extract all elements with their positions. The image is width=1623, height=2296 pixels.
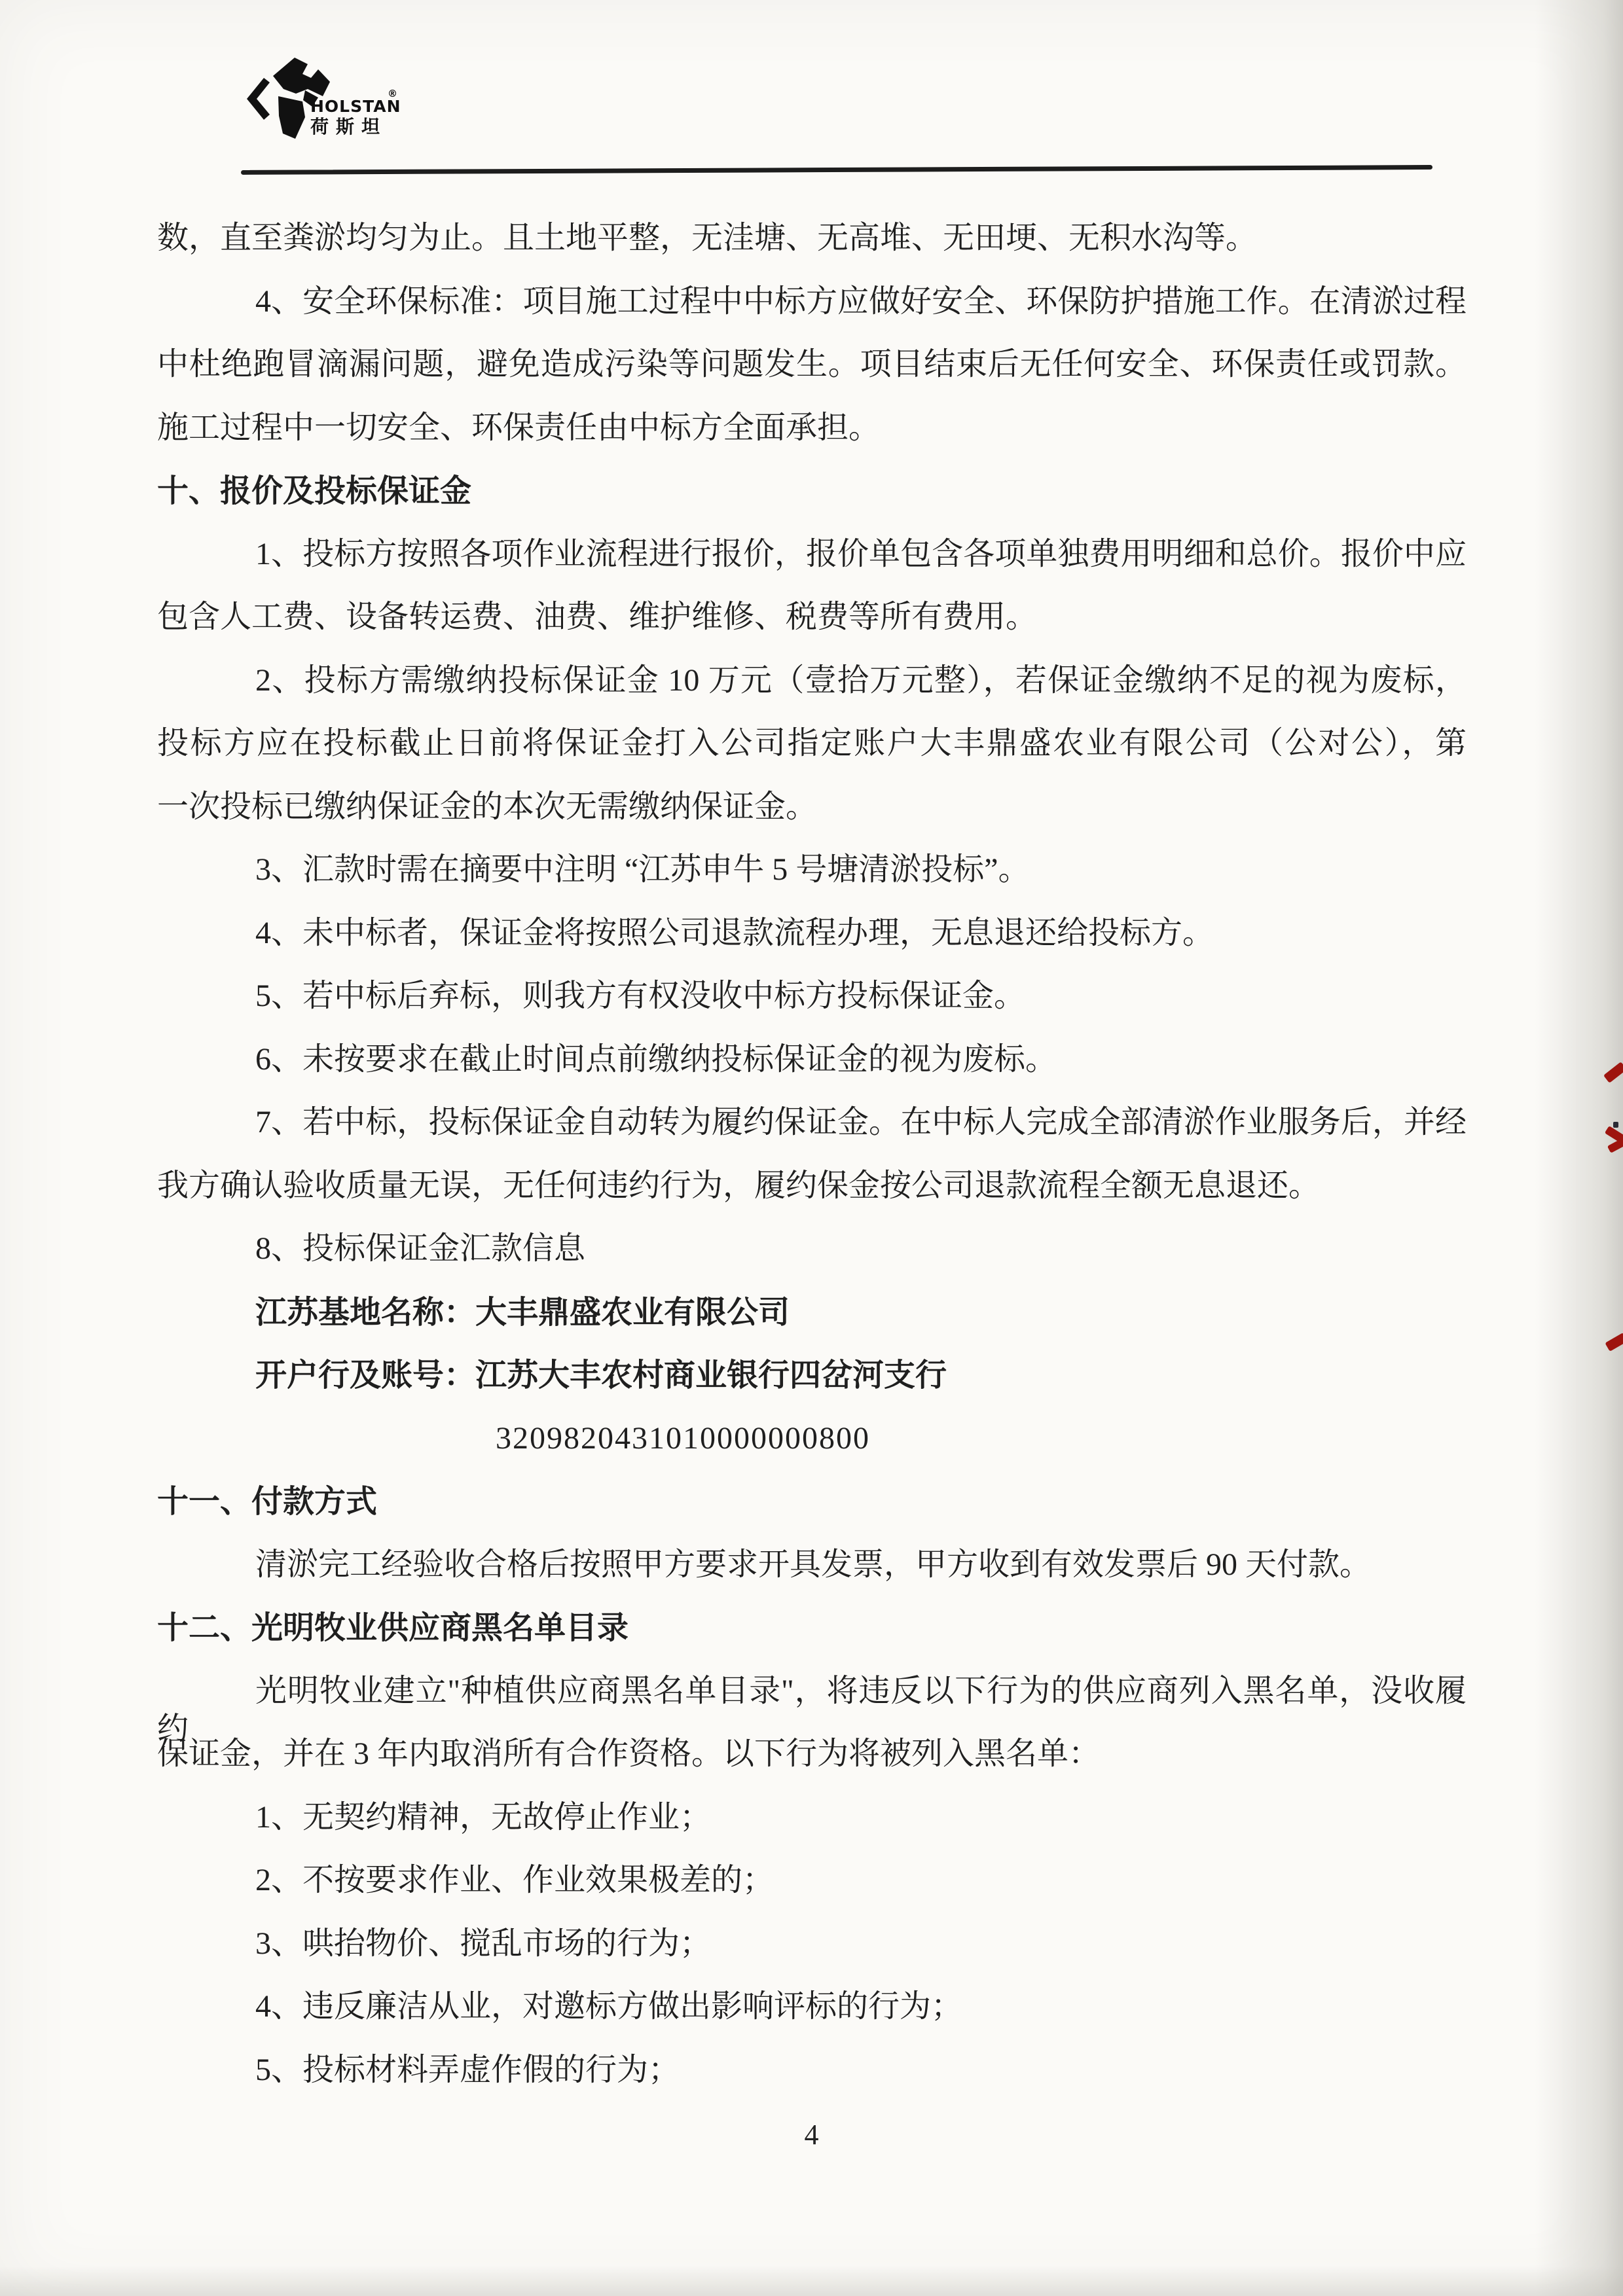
text-line: 中杜绝跑冒滴漏问题，避免造成污染等问题发生。项目结束后无任何安全、环保责任或罚款… [157, 346, 1467, 384]
red-pen-mark [1605, 1333, 1623, 1352]
list-item: 4、违反廉洁从业，对邀标方做出影响评标的行为； [255, 1988, 962, 2026]
list-item: 5、投标材料弄虚作假的行为； [255, 2051, 680, 2089]
brand-logo: HOLSTAN ® 荷斯坦 [244, 52, 454, 151]
bank-base-name: 江苏基地名称：大丰鼎盛农业有限公司 [255, 1293, 790, 1331]
header-rule [241, 165, 1432, 175]
list-item: 2、不按要求作业、作业效果极差的； [255, 1861, 774, 1899]
text-line: 包含人工费、设备转运费、油费、维护维修、税费等所有费用。 [157, 598, 1037, 636]
red-pen-mark [1603, 1062, 1623, 1083]
section-heading: 十一、付款方式 [157, 1482, 377, 1520]
text-line: 1、投标方按照各项作业流程进行报价，报价单包含各项单独费用明细和总价。报价中应 [157, 535, 1467, 573]
text-line: 施工过程中一切安全、环保责任由中标方全面承担。 [157, 409, 880, 447]
text-line: 5、若中标后弃标，则我方有权没收中标方投标保证金。 [255, 977, 1025, 1015]
text-line: 一次投标已缴纳保证金的本次无需缴纳保证金。 [157, 788, 817, 826]
text-line: 数，直至粪淤均匀为止。且土地平整，无洼塘、无高堆、无田埂、无积水沟等。 [157, 219, 1257, 257]
text-line: 8、投标保证金汇款信息 [255, 1230, 585, 1268]
section-heading: 十二、光明牧业供应商黑名单目录 [157, 1609, 629, 1647]
text-line: 2、投标方需缴纳投标保证金 10 万元（壹拾万元整），若保证金缴纳不足的视为废标… [157, 662, 1467, 700]
page-number: 4 [0, 2118, 1623, 2151]
text-line: 6、未按要求在截止时间点前缴纳投标保证金的视为废标。 [255, 1041, 1057, 1079]
text-line: 7、若中标，投标保证金自动转为履约保证金。在中标人完成全部清淤作业服务后，并经 [157, 1103, 1467, 1141]
text-line: 我方确认验收质量无误，无任何违约行为，履约保金按公司退款流程全额无息退还。 [157, 1167, 1320, 1205]
list-item: 3、哄抬物价、搅乱市场的行为； [255, 1925, 711, 1963]
text-line: 4、未中标者，保证金将按照公司退款流程办理，无息退还给投标方。 [255, 914, 1214, 952]
brand-name-cn: 荷斯坦 [310, 113, 387, 139]
text-line: 投标方应在投标截止日前将保证金打入公司指定账户大丰鼎盛农业有限公司（公对公），第 [157, 725, 1467, 762]
bank-branch: 开户行及账号：江苏大丰农村商业银行四岔河支行 [255, 1356, 947, 1394]
ink-speck [1613, 1122, 1618, 1128]
section-heading: 十、报价及投标保证金 [157, 472, 471, 510]
scan-shade-bottom [0, 2266, 1623, 2296]
document-page: HOLSTAN ® 荷斯坦 数，直至粪淤均匀为止。且土地平整，无洼塘、无高堆、无… [0, 0, 1623, 2296]
text-line: 4、安全环保标准：项目施工过程中中标方应做好安全、环保防护措施工作。在清淤过程 [157, 283, 1467, 321]
registered-mark-icon: ® [388, 88, 397, 99]
list-item: 1、无契约精神，无故停止作业； [255, 1799, 711, 1837]
text-line: 3、汇款时需在摘要中注明 “江苏申牛 5 号塘清淤投标”。 [255, 851, 1030, 889]
account-number: 3209820431010000000800 [496, 1420, 870, 1458]
text-line: 保证金，并在 3 年内取消所有合作资格。以下行为将被列入黑名单： [157, 1735, 1100, 1773]
text-line: 清淤完工经验收合格后按照甲方要求开具发票，甲方收到有效发票后 90 天付款。 [255, 1546, 1371, 1584]
